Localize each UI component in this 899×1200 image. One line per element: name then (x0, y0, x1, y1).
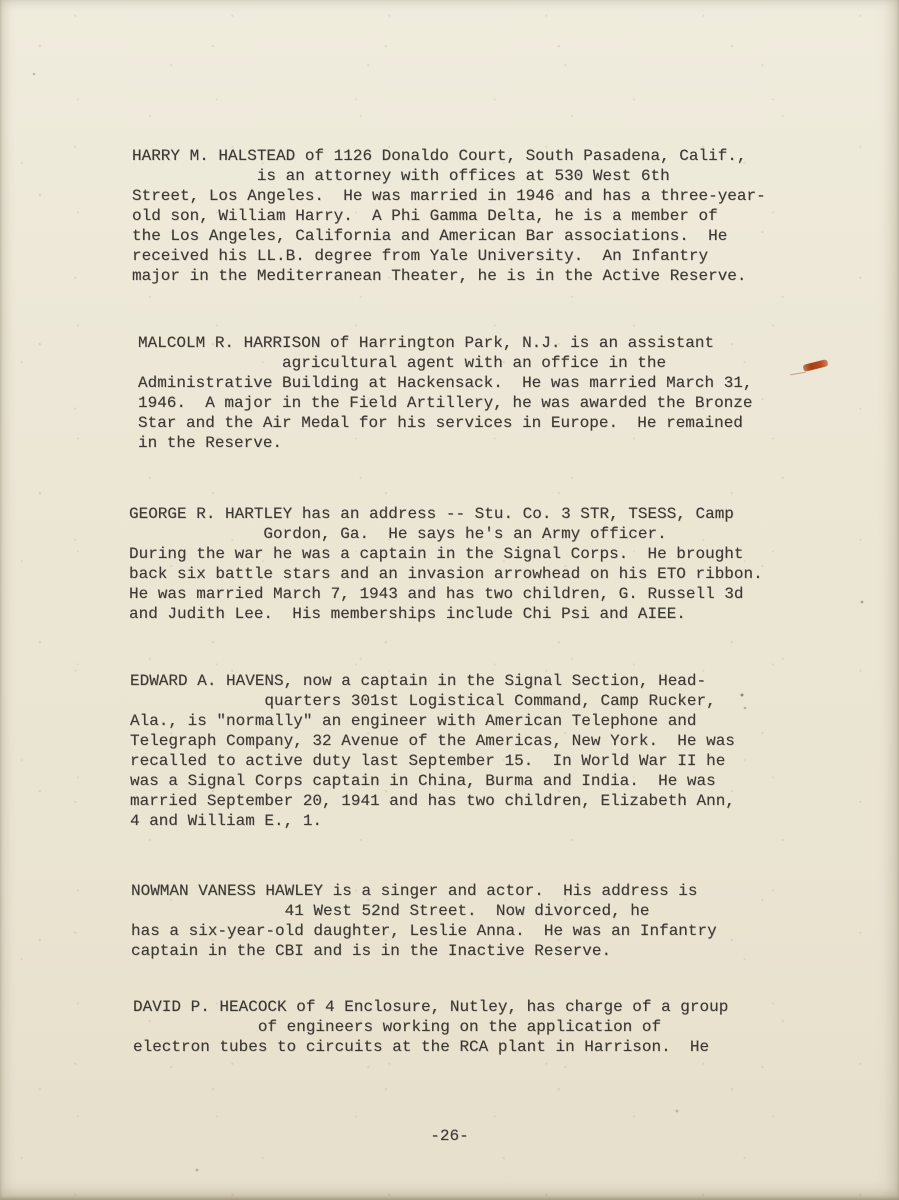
entry-hawley: NOWMAN VANESS HAWLEY is a singer and act… (131, 881, 717, 961)
paper-specks (0, 0, 2, 2)
entry-harrison: MALCOLM R. HARRISON of Harrington Park, … (138, 333, 753, 453)
entry-halstead: HARRY M. HALSTEAD of 1126 Donaldo Court,… (132, 146, 766, 286)
entry-havens: EDWARD A. HAVENS, now a captain in the S… (130, 671, 735, 831)
scanned-page: HARRY M. HALSTEAD of 1126 Donaldo Court,… (0, 0, 899, 1200)
page-number: -26- (0, 1126, 899, 1146)
entry-hartley: GEORGE R. HARTLEY has an address -- Stu.… (129, 504, 763, 624)
entry-heacock: DAVID P. HEACOCK of 4 Enclosure, Nutley,… (133, 997, 728, 1057)
